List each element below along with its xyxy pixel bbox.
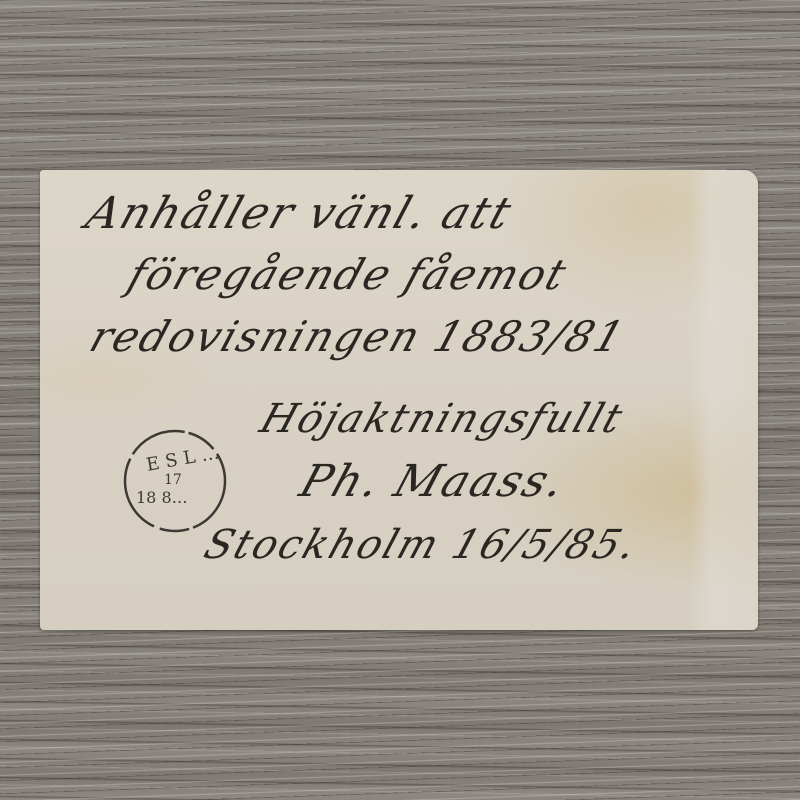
- postmark-stamp: ESL… 17 18 8…: [120, 426, 230, 536]
- closing-salutation: Höjaktningsfullt: [255, 396, 630, 442]
- handwritten-line-2: föregående fåemot: [122, 250, 574, 299]
- signature: Ph. Maass.: [294, 456, 573, 507]
- handwritten-line-1: Anhåller vänl. att: [80, 188, 520, 239]
- place-date: Stockholm 16/5/85.: [199, 522, 644, 568]
- handwritten-line-3: redovisningen 1883/81: [84, 312, 632, 361]
- postcard: Anhåller vänl. att föregående fåemot red…: [40, 170, 758, 630]
- postmark-day: 17: [164, 472, 182, 488]
- postmark-year: 18 8…: [136, 488, 188, 507]
